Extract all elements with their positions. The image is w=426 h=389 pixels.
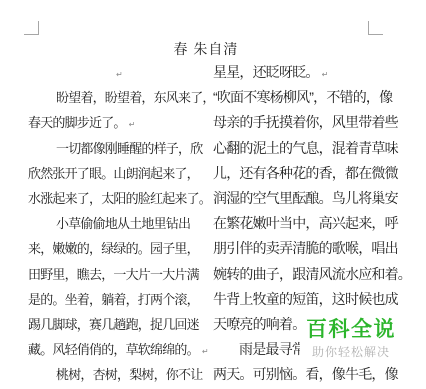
text-line: 藏。风轻俏俏的，草软绵绵的。↵ <box>28 341 209 358</box>
line-text: 是的。坐着，躺着，打两个滚， <box>28 292 199 307</box>
text-line: 润湿的空气里酝酿。鸟儿将巢安 <box>213 190 398 207</box>
text-line: 小草偷偷地从土地里钻出 <box>56 215 190 232</box>
paragraph-mark-icon: ↵ <box>116 70 123 79</box>
line-text: 盼望着，盼望着，东风来了， <box>56 90 215 105</box>
line-text: 润湿的空气里酝酿。鸟儿将巢安 <box>213 190 398 206</box>
line-text: 水涨起来了，太阳的脸红起来了。 <box>28 191 211 206</box>
line-text: 牛背上牧童的短笛，这时候也成 <box>213 291 398 307</box>
text-line: 盼望着，盼望着，东风来了， <box>56 89 215 106</box>
crop-mark-top-right-icon <box>368 21 383 35</box>
text-line: 一切都像刚睡醒的样子，欣 <box>56 140 202 157</box>
text-line: 在繁花嫩叶当中，高兴起来，呼 <box>213 215 398 232</box>
text-line: “吹面不寒杨柳风”，不错的，像 <box>213 89 392 106</box>
line-text: 小草偷偷地从土地里钻出 <box>56 216 190 231</box>
text-line: 两天。可别恼。看，像牛毛，像 <box>213 366 398 383</box>
paragraph-mark-icon: ↵ <box>322 70 329 79</box>
text-line: 桃树，杏树，梨树，你不让 <box>56 366 202 383</box>
paragraph-mark-icon: ↵ <box>129 120 136 129</box>
text-line: 儿，还有各种花的香，都在微微 <box>213 165 398 182</box>
text-line: 欣然张开了眼。山朗润起来了， <box>28 165 199 182</box>
line-text: 朋引伴的卖弄清脆的歌喉，唱出 <box>213 240 398 256</box>
document-title: 春 朱自清 <box>0 39 412 59</box>
line-text: 星星，还眨呀眨。 <box>213 64 319 80</box>
line-text: 踢几脚球，赛几趟跑，捉几回迷 <box>28 317 199 332</box>
line-text: 一切都像刚睡醒的样子，欣 <box>56 141 202 156</box>
watermark-logo: 百科全说 <box>306 318 422 342</box>
text-line: 是的。坐着，躺着，打两个滚， <box>28 291 199 308</box>
watermark: 百科全说 助你轻松解决 <box>300 312 422 362</box>
text-line: 田野里，瞧去，一大片一大片满 <box>28 266 199 283</box>
line-text: 天嘹亮的响着。 <box>213 316 305 332</box>
text-line: 来，嫩嫩的，绿绿的。园子里， <box>28 240 199 257</box>
line-text: 田野里，瞧去，一大片一大片满 <box>28 267 199 282</box>
text-line: 母亲的手抚摸着你，风里带着些 <box>213 114 398 131</box>
text-line: ↵ <box>28 64 123 81</box>
text-line: 朋引伴的卖弄清脆的歌喉，唱出 <box>213 240 398 257</box>
line-text: 在繁花嫩叶当中，高兴起来，呼 <box>213 215 398 231</box>
line-text: 母亲的手抚摸着你，风里带着些 <box>213 114 398 130</box>
text-line: 牛背上牧童的短笛，这时候也成 <box>213 291 398 308</box>
document-page: 春 朱自清 ↵盼望着，盼望着，东风来了，春天的脚步近了。↵一切都像刚睡醒的样子，… <box>0 0 426 389</box>
line-text: 两天。可别恼。看，像牛毛，像 <box>213 366 398 382</box>
line-text: 藏。风轻俏俏的，草软绵绵的。 <box>28 342 199 357</box>
text-line: 婉转的曲子，跟清风流水应和着。 <box>213 266 411 283</box>
text-line: 春天的脚步近了。↵ <box>28 114 135 131</box>
watermark-slogan: 助你轻松解决 <box>312 343 422 360</box>
crop-mark-top-left-icon <box>24 21 39 35</box>
line-text: 欣然张开了眼。山朗润起来了， <box>28 166 199 181</box>
line-text: 来，嫩嫩的，绿绿的。园子里， <box>28 241 199 256</box>
text-line: 星星，还眨呀眨。↵ <box>213 64 328 81</box>
line-text: 心翻的泥土的气息，混着青草味 <box>213 140 398 156</box>
text-line: 踢几脚球，赛几趟跑，捉几回迷 <box>28 316 199 333</box>
line-text: 婉转的曲子，跟清风流水应和着。 <box>213 266 411 282</box>
text-line: 心翻的泥土的气息，混着青草味 <box>213 140 398 157</box>
text-line: 水涨起来了，太阳的脸红起来了。 <box>28 190 211 207</box>
line-text: 桃树，杏树，梨树，你不让 <box>56 367 202 382</box>
line-text: “吹面不寒杨柳风”，不错的，像 <box>213 89 392 105</box>
paragraph-mark-icon: ↵ <box>202 347 209 356</box>
line-text: 儿，还有各种花的香，都在微微 <box>213 165 398 181</box>
line-text: 春天的脚步近了。 <box>28 115 126 130</box>
